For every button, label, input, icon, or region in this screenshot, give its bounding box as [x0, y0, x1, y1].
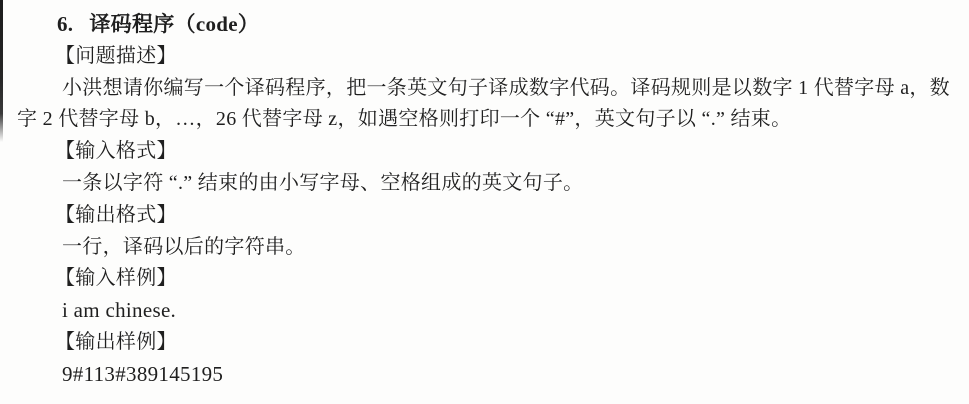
problem-title: 6.译码程序（code）	[57, 9, 969, 41]
section-heading-sample-input: 【输入样例】	[55, 263, 969, 295]
section-heading-input-format: 【输入格式】	[55, 136, 969, 168]
section-heading-sample-output: 【输出样例】	[55, 327, 969, 359]
input-format-line: 一条以字符 “.” 结束的由小写字母、空格组成的英文句子。	[62, 168, 969, 200]
problem-statement: 6.译码程序（code） 【问题描述】 小洪想请你编写一个译码程序，把一条英文句…	[0, 9, 969, 391]
sample-input-value: i am chinese.	[62, 295, 969, 327]
output-format-line: 一行，译码以后的字符串。	[62, 232, 969, 264]
sample-output-value: 9#113#389145195	[62, 359, 969, 391]
section-heading-problem-description: 【问题描述】	[55, 41, 969, 73]
problem-title-text: 译码程序（code）	[89, 12, 259, 36]
problem-description-line-1: 小洪想请你编写一个译码程序，把一条英文句子译成数字代码。译码规则是以数字 1 代…	[62, 73, 969, 105]
section-heading-output-format: 【输出格式】	[55, 200, 969, 232]
problem-number: 6.	[57, 12, 73, 36]
problem-description-line-2: 字 2 代替字母 b，…，26 代替字母 z，如遇空格则打印一个 “#”，英文句…	[17, 104, 969, 136]
scanned-document-page: 6.译码程序（code） 【问题描述】 小洪想请你编写一个译码程序，把一条英文句…	[0, 0, 969, 404]
